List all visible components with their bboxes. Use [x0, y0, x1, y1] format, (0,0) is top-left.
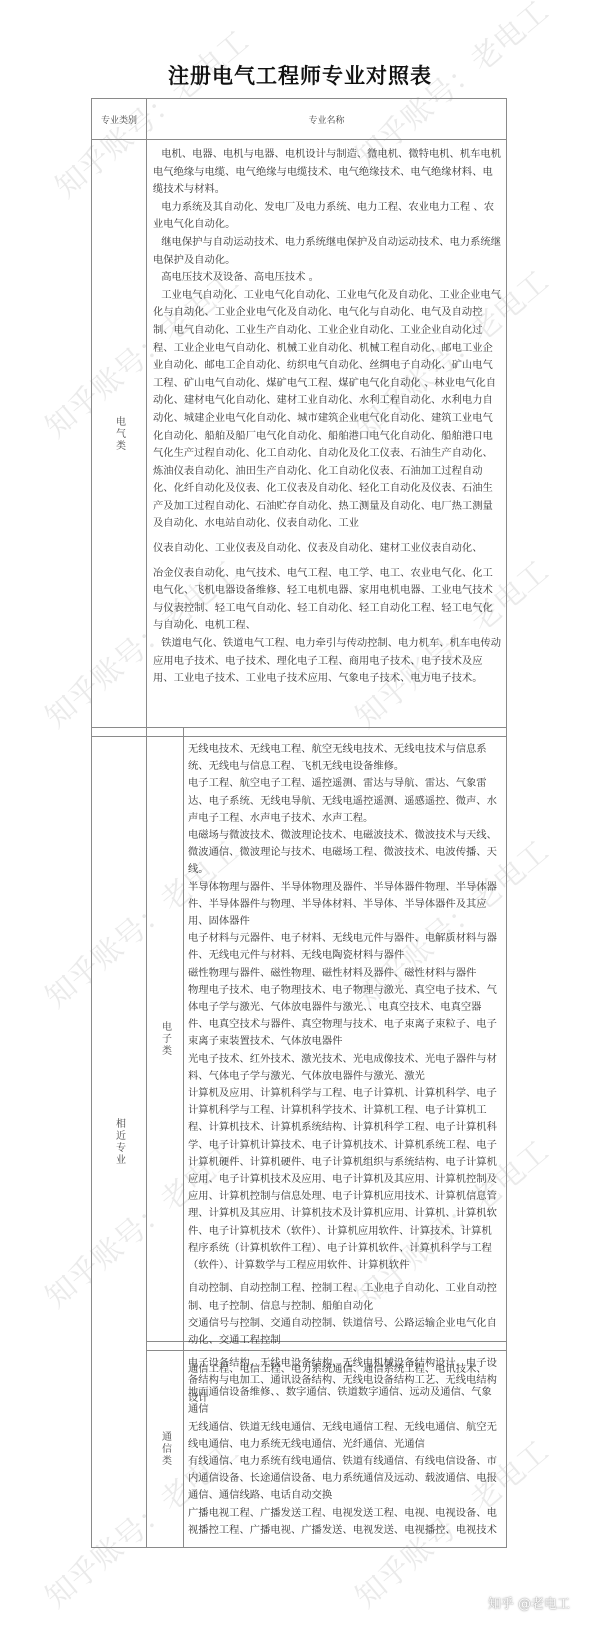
list-item: 有线通信、电力系统有线电通信、铁道有线通信、有线电信设备、市内通信设备、长途通信… [188, 1453, 502, 1505]
footer-brand: 知乎 @老电工 [488, 1593, 570, 1612]
category-label-electrical: 电气类 [112, 416, 127, 452]
electronics-subsection: 电子类 无线电技术、无线电工程、航空无线电技术、无线电技术与信息系统、无线电与信… [147, 737, 506, 1342]
section-divider [92, 728, 506, 737]
list-item: 电子工程、航空电子工程、遥控遥测、雷达与导航、雷达、气象雷达、电子系统、无线电导… [188, 775, 502, 827]
table-header: 专业类别 专业名称 [92, 99, 506, 140]
list-item: 计算机及应用、计算机科学与工程、电子计算机、计算机科学、电子计算机科学与工程、计… [188, 1085, 502, 1274]
electrical-majors: 电机、电器、电机与电器、电机设计与制造、微电机、微特电机、机车电机电气绝缘与电缆… [147, 140, 506, 727]
electronics-majors: 无线电技术、无线电工程、航空无线电技术、无线电技术与信息系统、无线电与信息工程、… [184, 737, 506, 1341]
section-divider [147, 1342, 506, 1351]
header-category: 专业类别 [92, 99, 147, 139]
list-item: 无线电技术、无线电工程、航空无线电技术、无线电技术与信息系统、无线电与信息工程、… [188, 741, 502, 775]
list-item: 自动控制、自动控制工程、控制工程、工业电子自动化、工业自动控制、电子控制、信息与… [188, 1280, 502, 1314]
category-cell: 电气类 [92, 140, 147, 727]
major-comparison-table: 专业类别 专业名称 电气类 电机、电器、电机与电器、电机设计与制造、微电机、微特… [91, 98, 507, 1548]
list-item: 地面通信设备维修、、数字通信、铁道数字通信、远动及通信、气象通信 [188, 1384, 502, 1418]
header-major-name: 专业名称 [147, 99, 506, 139]
list-item: 光电子技术、红外技术、激光技术、光电成像技术、光电子器件与材料、气体电子学与激光… [188, 1051, 502, 1085]
list-item: 广播电视工程、广播发送工程、电视发送工程、电视、电视设备、电视播控工程、广播电视… [188, 1505, 502, 1539]
list-item: 物理电子技术、电子物理技术、电子物理与激光、真空电子技术、气体电子学与激光、气体… [188, 982, 502, 1051]
communications-majors: 通信工程、电信工程、电力系统通信、通信系统工程、电讯技术、 地面通信设备维修、、… [184, 1351, 506, 1547]
list-item: 电磁场与微波技术、微波理论技术、电磁波技术、微波技术与天线、微波通信、微波理论与… [188, 827, 502, 879]
paragraph: 工业电气自动化、工业电气化自动化、工业电气化及自动化、工业企业电气化与自动化、工… [153, 287, 502, 533]
paragraph: 铁道电气化、铁道电气工程、电力牵引与传动控制、电力机车、机车电传动应用电子技术、… [153, 635, 502, 688]
list-item: 无线通信、铁道无线电通信、无线电通信工程、无线电通信、航空无线电通信、电力系统无… [188, 1419, 502, 1453]
paragraph: 高电压技术及设备、高电压技术 。 [153, 269, 502, 287]
category-cell: 相近专业 [92, 737, 147, 1547]
list-item: 磁性物理与器件、磁性物理、磁性材料及器件、磁性材料与器件 [188, 965, 502, 982]
list-item: 电子材料与元器件、电子材料、无线电元件与器件、电解质材料与器件、无线电元件与材料… [188, 930, 502, 964]
paragraph: 电机、电器、电机与电器、电机设计与制造、微电机、微特电机、机车电机电气绝缘与电缆… [153, 146, 502, 199]
subcategory-label-electronics: 电子类 [158, 1021, 173, 1057]
communications-subsection: 通信类 通信工程、电信工程、电力系统通信、通信系统工程、电讯技术、 地面通信设备… [147, 1351, 506, 1547]
list-item: 半导体物理与器件、半导体物理及器件、半导体器件物理、半导体器件、半导体器件与物理… [188, 879, 502, 931]
page-title: 注册电气工程师专业对照表 [0, 60, 600, 90]
paragraph: 继电保护与自动运动技术、电力系统继电保护及自动运动技术、电力系统继电保护及自动化… [153, 234, 502, 269]
subcategory-label-communications: 通信类 [158, 1431, 173, 1467]
paragraph: 仪表自动化、工业仪表及自动化、仪表及自动化、建材工业仪表自动化、 [153, 540, 502, 558]
related-section: 相近专业 电子类 无线电技术、无线电工程、航空无线电技术、无线电技术与信息系统、… [92, 737, 506, 1547]
paragraph: 电力系统及其自动化、发电厂及电力系统、电力工程、农业电力工程 、农业电气化自动化… [153, 199, 502, 234]
list-item: 通信工程、电信工程、电力系统通信、通信系统工程、电讯技术、 [188, 1361, 502, 1378]
paragraph: 冶金仪表自动化、电气技术、电气工程、电工学、电工、农业电气化、化工电气化、飞机电… [153, 565, 502, 635]
category-label-related: 相近专业 [112, 1118, 127, 1166]
electrical-section: 电气类 电机、电器、电机与电器、电机设计与制造、微电机、微特电机、机车电机电气绝… [92, 140, 506, 728]
